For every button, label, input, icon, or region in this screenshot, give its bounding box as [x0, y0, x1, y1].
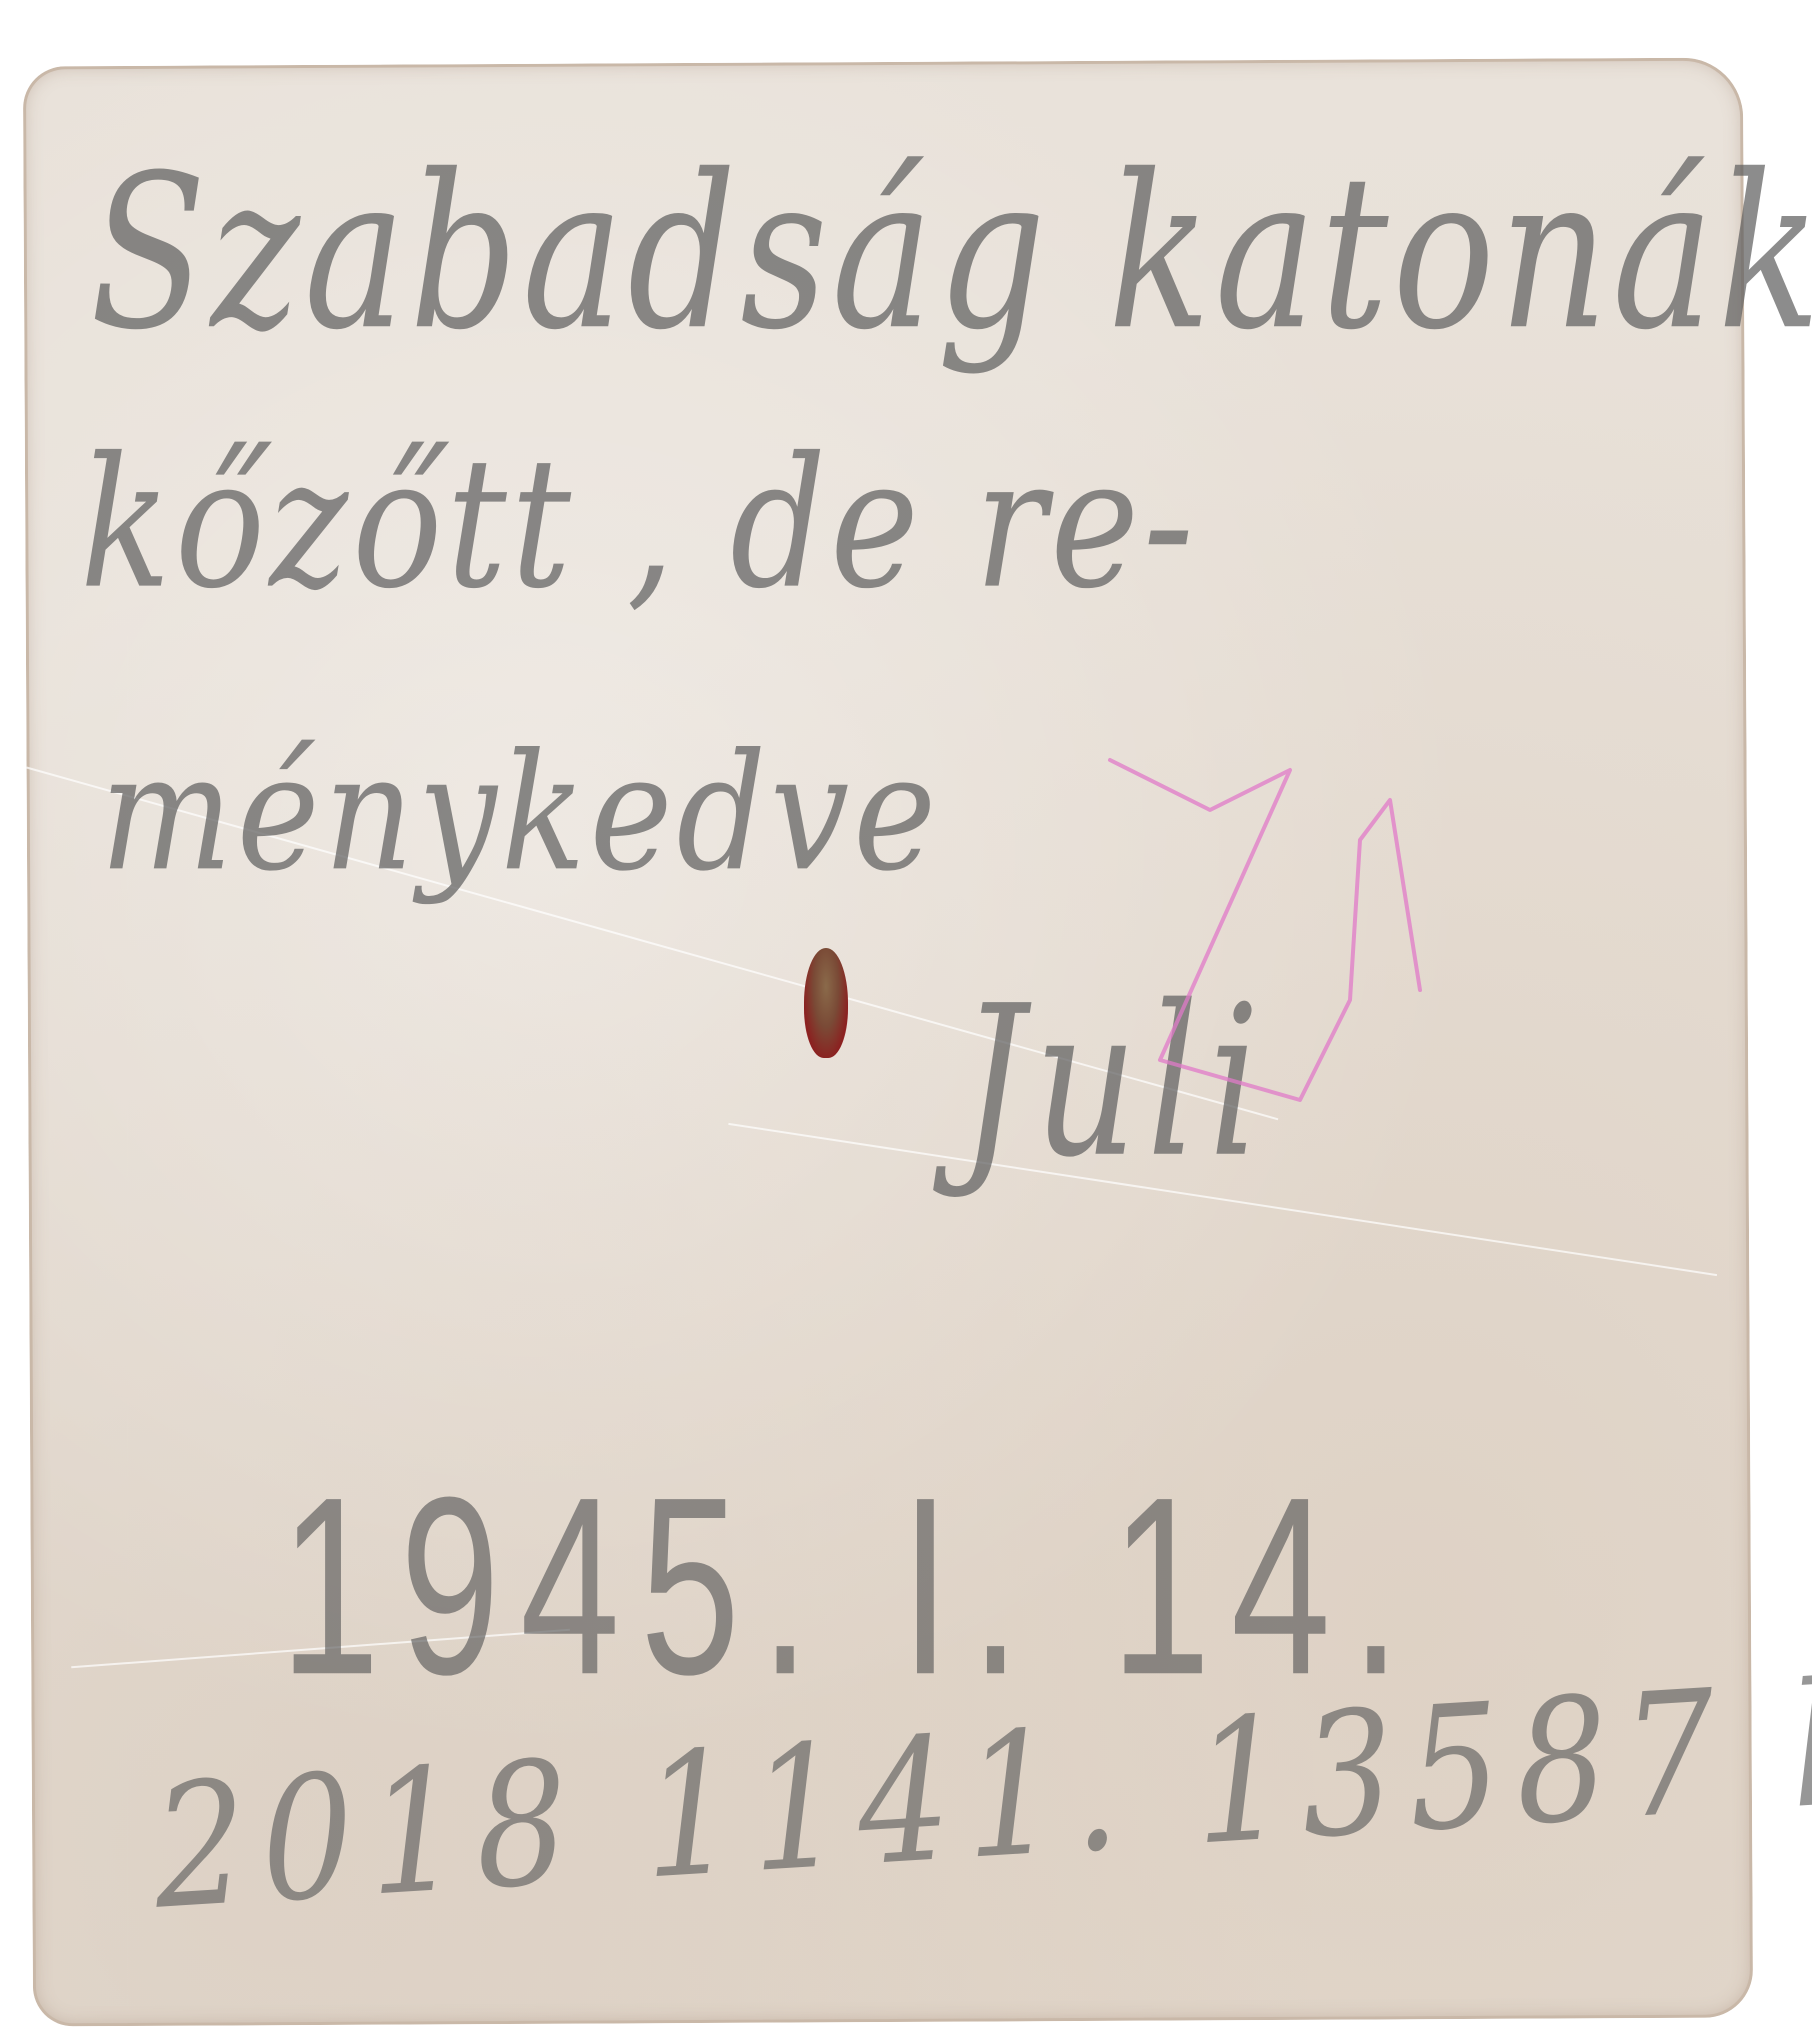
stain-mark	[804, 948, 848, 1058]
inscription-line-1: Szabadság katonák	[90, 130, 1812, 378]
inscription-line-3: ménykedve	[100, 720, 940, 907]
inscription-line-2: kőzőtt , de re-	[80, 420, 1198, 629]
pink-pencil-mark-icon	[1090, 740, 1510, 1160]
